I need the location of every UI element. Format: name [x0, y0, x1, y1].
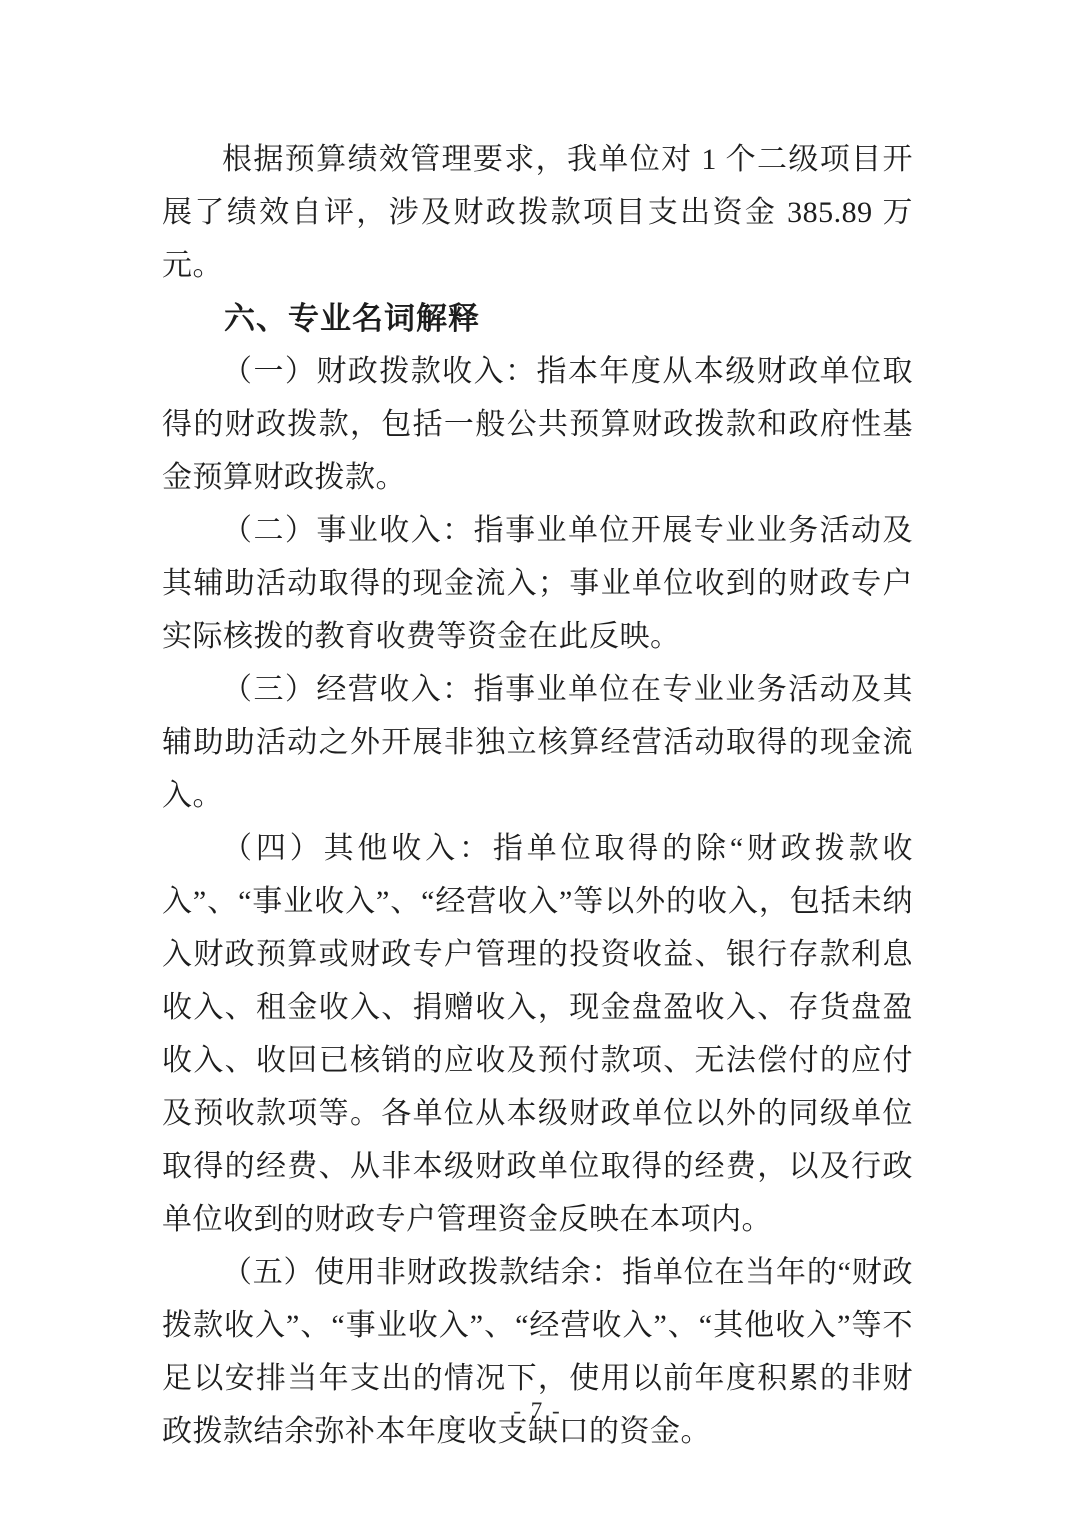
page-number: - 7 - [0, 1398, 1075, 1424]
document-page-body: 根据预算绩效管理要求，我单位对 1 个二级项目开展了绩效自评，涉及财政拨款项目支… [162, 133, 913, 1458]
definition-operating-institution-income: （二）事业收入：指事业单位开展专业业务活动及其辅助活动取得的现金流入；事业单位收… [162, 504, 913, 663]
section-heading: 六、专业名词解释 [162, 292, 913, 345]
definition-non-fiscal-carryover: （五）使用非财政拨款结余：指单位在当年的“财政拨款收入”、“事业收入”、“经营收… [162, 1246, 913, 1458]
definition-business-income: （三）经营收入：指事业单位在专业业务活动及其辅助助活动之外开展非独立核算经营活动… [162, 663, 913, 822]
definition-other-income: （四）其他收入：指单位取得的除“财政拨款收入”、“事业收入”、“经营收入”等以外… [162, 822, 913, 1246]
intro-paragraph: 根据预算绩效管理要求，我单位对 1 个二级项目开展了绩效自评，涉及财政拨款项目支… [162, 133, 913, 292]
definition-fiscal-appropriation-income: （一）财政拨款收入：指本年度从本级财政单位取得的财政拨款，包括一般公共预算财政拨… [162, 345, 913, 504]
